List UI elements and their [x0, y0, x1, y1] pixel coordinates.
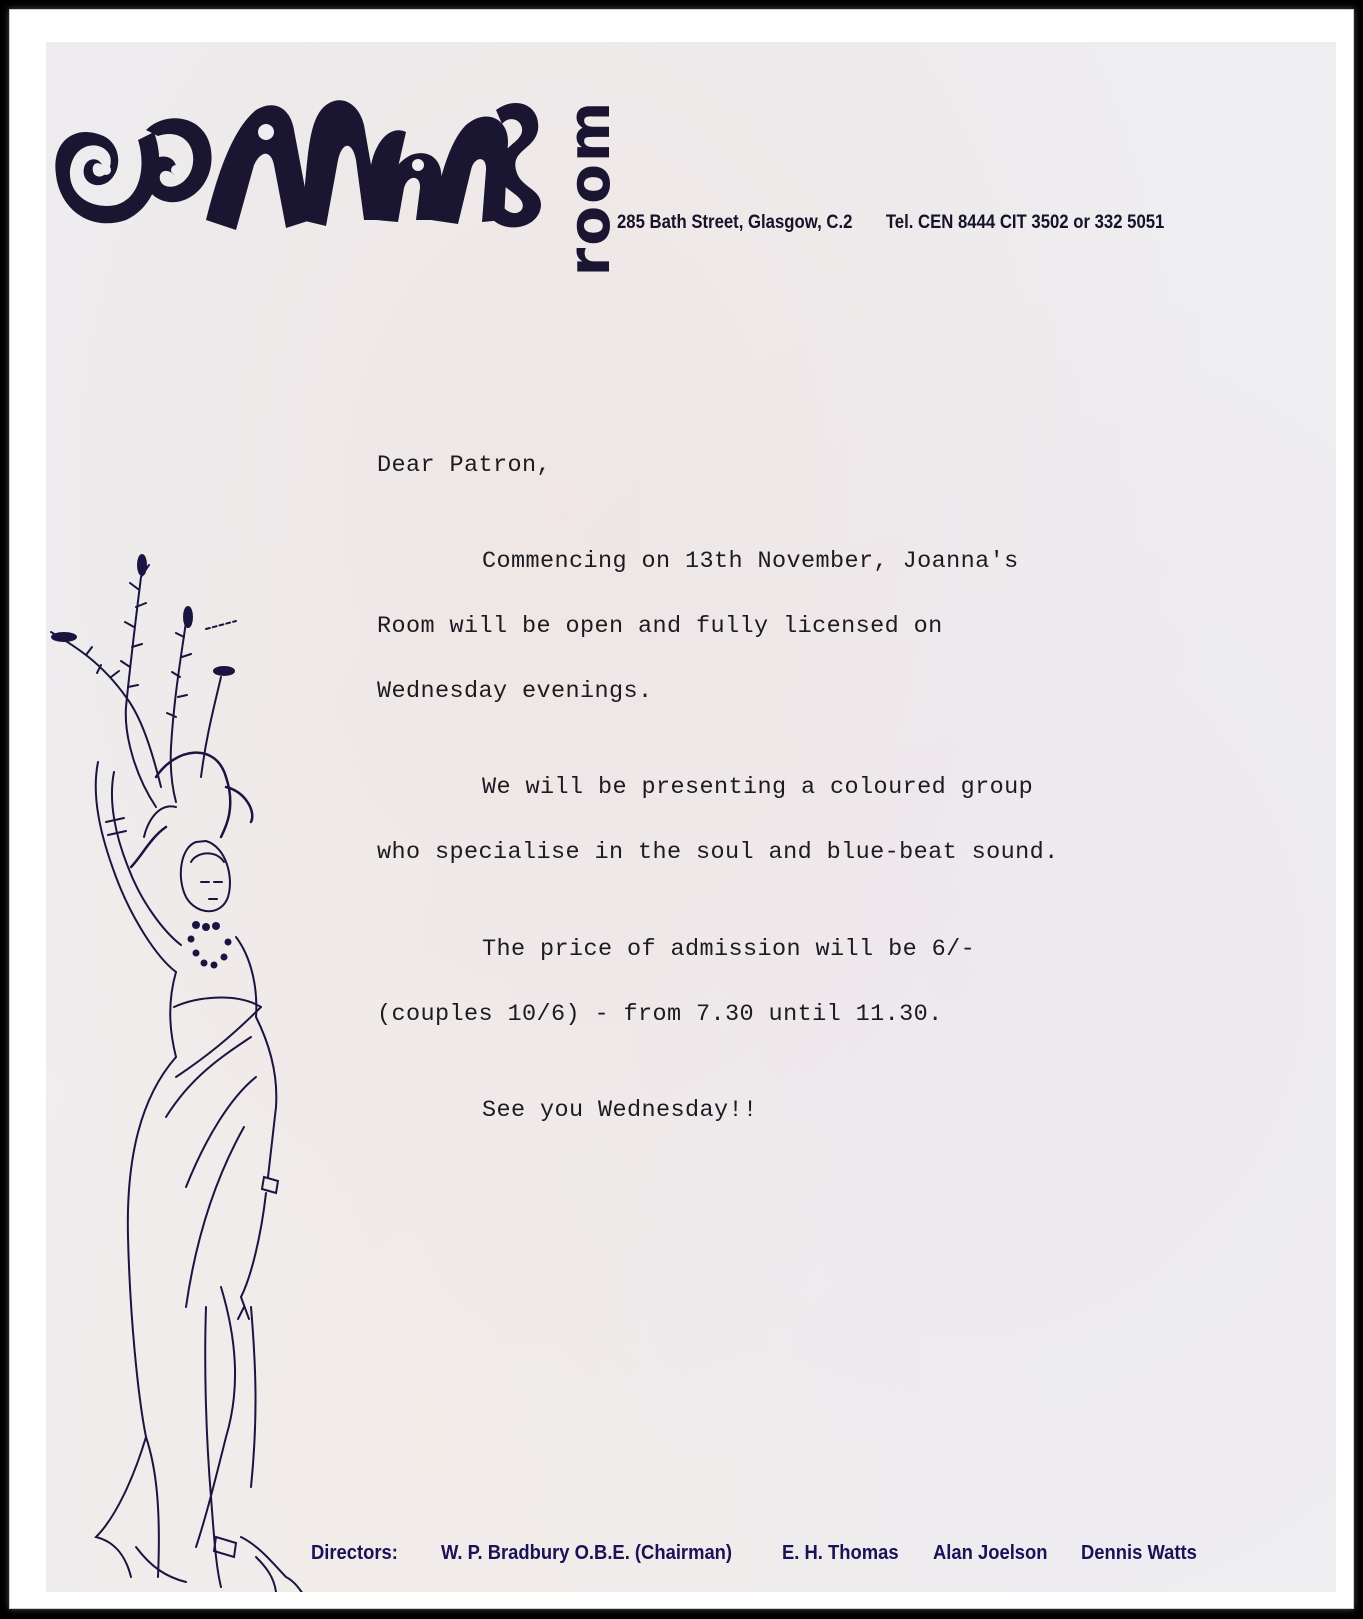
paragraph-2-line-1: We will be presenting a coloured group [482, 774, 1033, 801]
closing-line: See you Wednesday!! [482, 1097, 758, 1124]
directors-label: Directors: [311, 1542, 398, 1565]
letter-paper: room 285 Bath Street, Glasgow, C.2Tel. C… [46, 42, 1336, 1592]
letterhead-logo: room [46, 70, 566, 250]
joannas-logo-wordmark-icon [46, 70, 546, 250]
paragraph-3-line-1: The price of admission will be 6/- [482, 936, 975, 963]
paragraph-3-line-2: (couples 10/6) - from 7.30 until 11.30. [377, 1001, 943, 1028]
director-name: W. P. Bradbury O.B.E. (Chairman) [441, 1542, 732, 1565]
directors-footer: Directors: W. P. Bradbury O.B.E. (Chairm… [311, 1542, 1321, 1565]
paragraph-1-line-3: Wednesday evenings. [377, 678, 653, 705]
director-name: Dennis Watts [1081, 1542, 1197, 1565]
director-name: Alan Joelson [933, 1542, 1048, 1565]
salutation: Dear Patron, [377, 452, 551, 479]
director-name: E. H. Thomas [782, 1542, 899, 1565]
logo-room-text: room [566, 90, 612, 286]
paragraph-2-line-2: who specialise in the soul and blue-beat… [377, 839, 1059, 866]
paragraph-1-line-2: Room will be open and fully licensed on [377, 613, 943, 640]
woman-in-gown-illustration-icon [46, 537, 306, 1592]
address: 285 Bath Street, Glasgow, C.2 [617, 212, 852, 233]
document-frame: room 285 Bath Street, Glasgow, C.2Tel. C… [9, 9, 1354, 1609]
paragraph-1-line-1: Commencing on 13th November, Joanna's [482, 548, 1019, 575]
logo-room-label: room [555, 100, 623, 277]
letterhead-address-line: 285 Bath Street, Glasgow, C.2Tel. CEN 84… [617, 212, 1164, 234]
telephone: Tel. CEN 8444 CIT 3502 or 332 5051 [886, 212, 1165, 233]
